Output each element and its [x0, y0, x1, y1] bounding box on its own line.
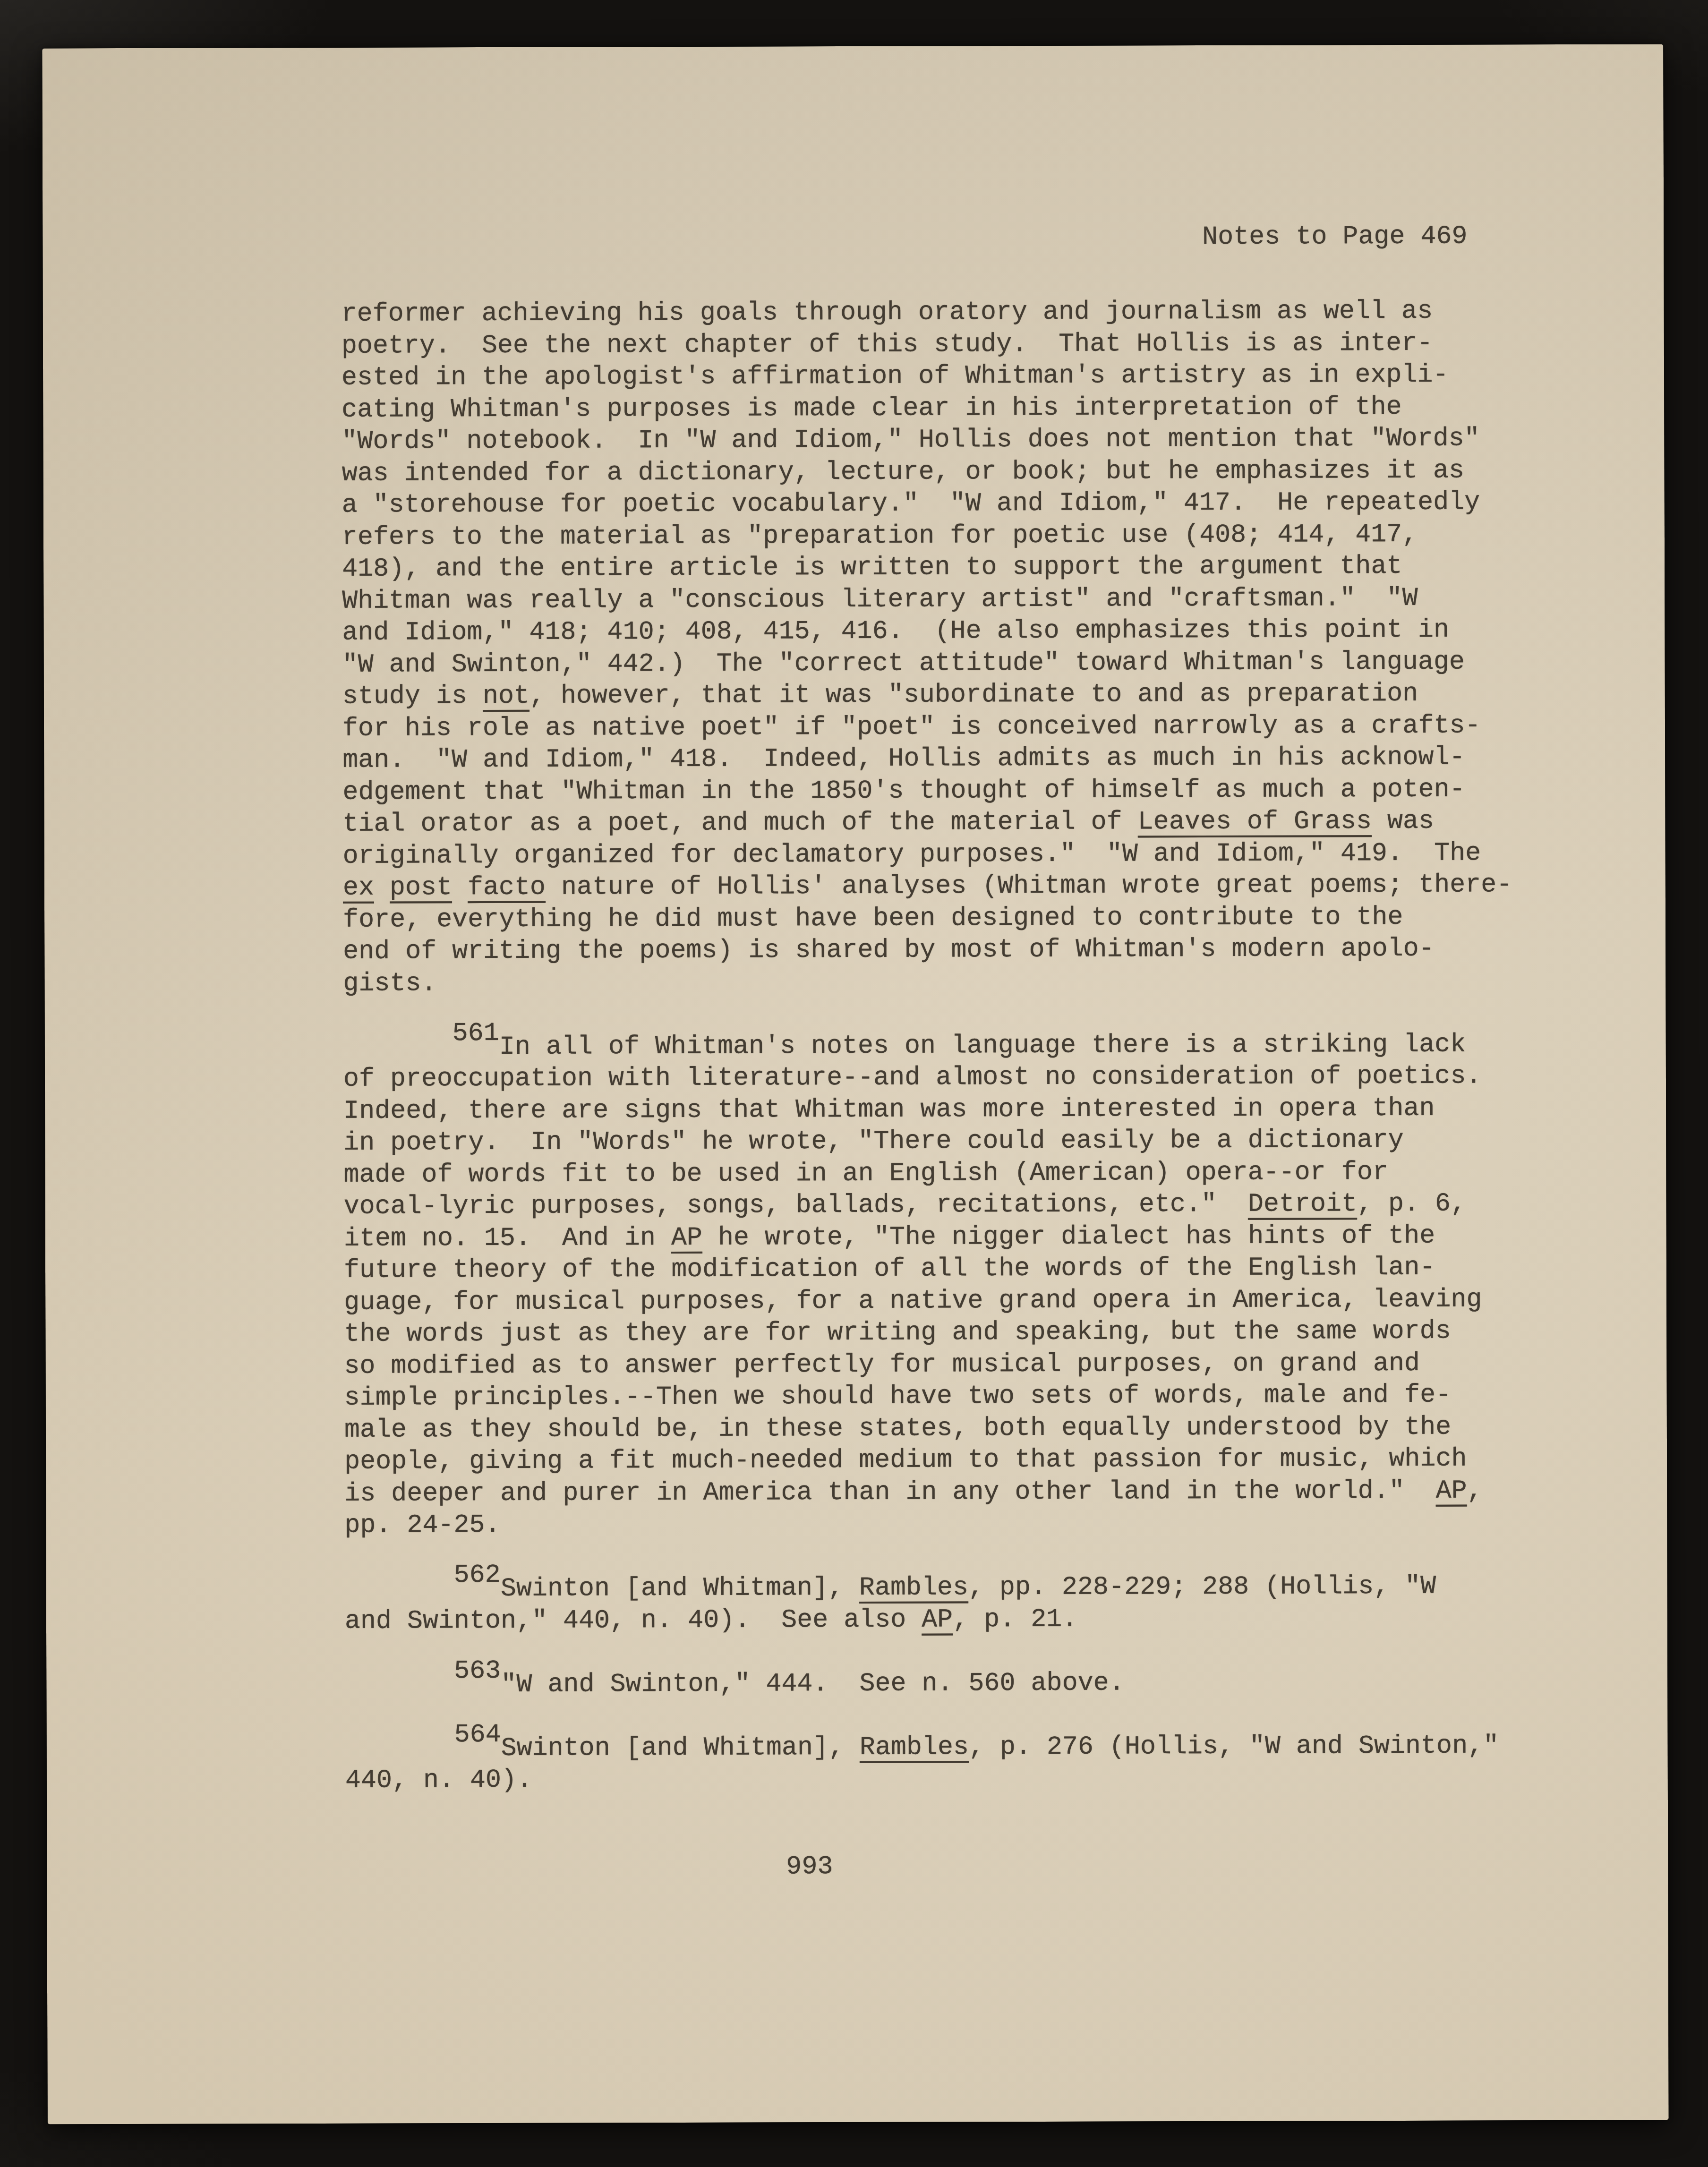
running-head: Notes to Page 469 [1202, 221, 1467, 253]
text-line: study is not, however, that it was "subo… [342, 677, 1552, 712]
text-line: and Swinton," 440, n. 40). See also AP, … [345, 1602, 1554, 1637]
scanned-page-photo: Notes to Page 469 reformer achieving his… [0, 0, 1708, 2167]
text-line: a "storehouse for poetic vocabulary." "W… [342, 486, 1551, 521]
text-line: for his role as native poet" if "poet" i… [342, 709, 1552, 744]
text-line: 562Swinton [and Whitman], Rambles, pp. 2… [345, 1570, 1554, 1605]
text-line: Whitman was really a "conscious literary… [342, 582, 1551, 617]
text-line: 564Swinton [and Whitman], Rambles, p. 27… [345, 1730, 1554, 1765]
footnote-561: 561In all of Whitman's notes on language… [343, 1028, 1554, 1542]
text-line: ested in the apologist's affirmation of … [342, 358, 1551, 393]
underlined-text: facto [468, 872, 546, 902]
underlined-text: Leaves of Grass [1138, 806, 1372, 836]
text-line: gists. [343, 964, 1552, 999]
text-line: refers to the material as "preparation f… [342, 518, 1551, 553]
text-line: poetry. See the next chapter of this stu… [342, 327, 1551, 362]
text-line: guage, for musical purposes, for a nativ… [344, 1283, 1553, 1318]
text-line: 418), and the entire article is written … [342, 550, 1551, 585]
text-line: man. "W and Idiom," 418. Indeed, Hollis … [342, 741, 1552, 776]
text-line: male as they should be, in these states,… [344, 1411, 1554, 1446]
text-line: vocal-lyric purposes, songs, ballads, re… [344, 1187, 1553, 1222]
text-line: 561In all of Whitman's notes on language… [343, 1028, 1553, 1063]
footnote-562: 562Swinton [and Whitman], Rambles, pp. 2… [345, 1570, 1554, 1637]
text-line: ex post facto nature of Hollis' analyses… [343, 869, 1552, 904]
footnote-564: 564Swinton [and Whitman], Rambles, p. 27… [345, 1730, 1554, 1797]
paper-sheet: Notes to Page 469 reformer achieving his… [42, 44, 1668, 2124]
text-line: cating Whitman's purposes is made clear … [342, 391, 1551, 426]
text-line: tial orator as a poet, and much of the m… [342, 805, 1552, 840]
text-line: is deeper and purer in America than in a… [344, 1475, 1554, 1510]
text-line: 440, n. 40). [345, 1761, 1554, 1796]
text-line: reformer achieving his goals through ora… [342, 295, 1551, 330]
text-line: edgement that "Whitman in the 1850's tho… [342, 773, 1552, 808]
footnote-563: 563"W and Swinton," 444. See n. 560 abov… [345, 1666, 1554, 1701]
text-line: in poetry. In "Words" he wrote, "There c… [343, 1124, 1553, 1159]
text-line: future theory of the modification of all… [344, 1251, 1553, 1286]
text-line: Indeed, there are signs that Whitman was… [343, 1092, 1553, 1127]
underlined-text: Detroit [1248, 1189, 1357, 1219]
text-line: and Idiom," 418; 410; 408, 415, 416. (He… [342, 614, 1551, 648]
text-line: "Words" notebook. In "W and Idiom," Holl… [342, 422, 1551, 457]
page-number: 993 [786, 1851, 833, 1883]
text-line: originally organized for declamatory pur… [343, 837, 1552, 872]
footnote-number: 562 [454, 1560, 501, 1590]
text-line: people, giving a fit much-needed medium … [344, 1442, 1554, 1477]
text-line: the words just as they are for writing a… [344, 1315, 1553, 1350]
typewritten-body: reformer achieving his goals through ora… [342, 295, 1554, 1796]
underlined-text: Rambles [859, 1572, 968, 1603]
footnote-number: 561 [453, 1018, 499, 1048]
text-line: was intended for a dictionary, lecture, … [342, 454, 1551, 489]
text-line: so modified as to answer perfectly for m… [344, 1347, 1553, 1382]
underlined-text: AP [1436, 1476, 1467, 1505]
text-line: item no. 15. And in AP he wrote, "The ni… [344, 1220, 1553, 1254]
underlined-text: ex [343, 873, 374, 903]
text-line: of preoccupation with literature--and al… [343, 1060, 1553, 1095]
footnote-number: 563 [454, 1656, 501, 1686]
underlined-text: AP [922, 1604, 953, 1634]
text-line: pp. 24-25. [344, 1506, 1554, 1541]
underlined-text: Rambles [860, 1732, 969, 1762]
underlined-text: post [390, 872, 452, 902]
underlined-text: not [483, 681, 529, 711]
text-line: simple principles.--Then we should have … [344, 1379, 1554, 1414]
text-line: made of words fit to be used in an Engli… [343, 1156, 1553, 1191]
text-line: "W and Swinton," 442.) The "correct atti… [342, 646, 1552, 681]
underlined-text: AP [671, 1222, 702, 1252]
text-line: fore, everything he did must have been d… [343, 901, 1552, 936]
text-line: 563"W and Swinton," 444. See n. 560 abov… [345, 1666, 1554, 1701]
paragraph-continuation: reformer achieving his goals through ora… [342, 295, 1553, 999]
text-line: end of writing the poems) is shared by m… [343, 932, 1552, 967]
footnote-number: 564 [454, 1720, 501, 1749]
